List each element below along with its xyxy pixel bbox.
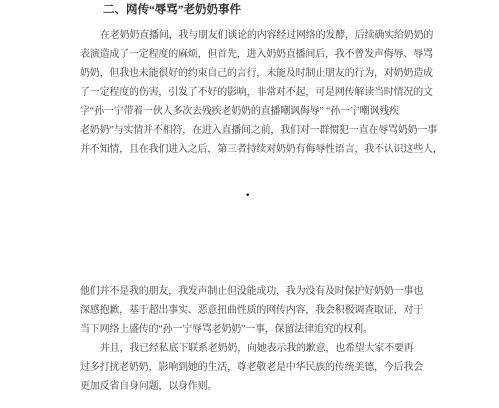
text-line: 并且，我已经私底下联系老奶奶，向她表示我的歉意，也希望大家不要再: [80, 339, 442, 358]
text-line: 奶奶，但我也未能很好的约束自己的言行，未能及时制止朋友的行为，对奶奶造成: [80, 64, 442, 83]
text-line: 在老奶奶直播间，我与朋友们谈论的内容经过网络的发酵，后续确实给奶奶的: [80, 26, 442, 45]
text-line: 表演造成了一定程度的麻烦，但首先，进入奶奶直播间后，我不曾发声侮辱、辱骂: [80, 45, 442, 64]
text-line: 并不知情，且在我们进入之后，第三者持续对奶奶有侮辱性语言，我不认识这些人，: [80, 140, 442, 159]
text-line: 更加反省自身问题，以身作则。: [80, 377, 442, 396]
text-line: 当下网络上盛传的“孙一宁辱骂老奶奶”一事，保留法律追究的权利。: [80, 320, 442, 339]
document-title: 二、网传“辱骂”老奶奶事件: [80, 1, 241, 20]
text-line: 过多打扰老奶奶，影响到她的生活，尊老敬老是中华民族的传统美德，今后我会: [80, 358, 442, 377]
text-line: 深感抱歉，基于超出事实、恶意扭曲性质的网传内容，我会积极调查取证，对于: [80, 301, 442, 320]
paragraph-opening: 在老奶奶直播间，我与朋友们谈论的内容经过网络的发酵，后续确实给奶奶的表演造成了一…: [80, 26, 442, 159]
document-screenshot: { "document": { "title": "二、网传“辱骂”老奶奶事件"…: [0, 0, 499, 408]
text-line: 他们并不是我的朋友，我发声制止但没能成功，我为没有及时保护好奶奶一事也: [80, 282, 442, 301]
document-page: 二、网传“辱骂”老奶奶事件 在老奶奶直播间，我与朋友们谈论的内容经过网络的发酵，…: [0, 0, 499, 408]
paragraph-continuation: 他们并不是我的朋友，我发声制止但没能成功，我为没有及时保护好奶奶一事也深感抱歉，…: [80, 282, 442, 339]
separator-dot-icon: •: [245, 192, 250, 201]
paragraph-closing: 并且，我已经私底下联系老奶奶，向她表示我的歉意，也希望大家不要再过多打扰老奶奶，…: [80, 339, 442, 396]
text-line: 老奶奶”与实情并不相符，在进入直播间之前，我们对一群惯犯一直在辱骂奶奶一事: [80, 121, 442, 140]
text-line: 了一定程度的伤害，引发了不好的影响，非常对不起，可是网传解读当时情况的文: [80, 83, 442, 102]
text-line: 字“孙一宁带着一伙人多次去残疾老奶奶的直播嘲讽侮辱” “孙一宁嘲讽残疾: [80, 102, 442, 121]
